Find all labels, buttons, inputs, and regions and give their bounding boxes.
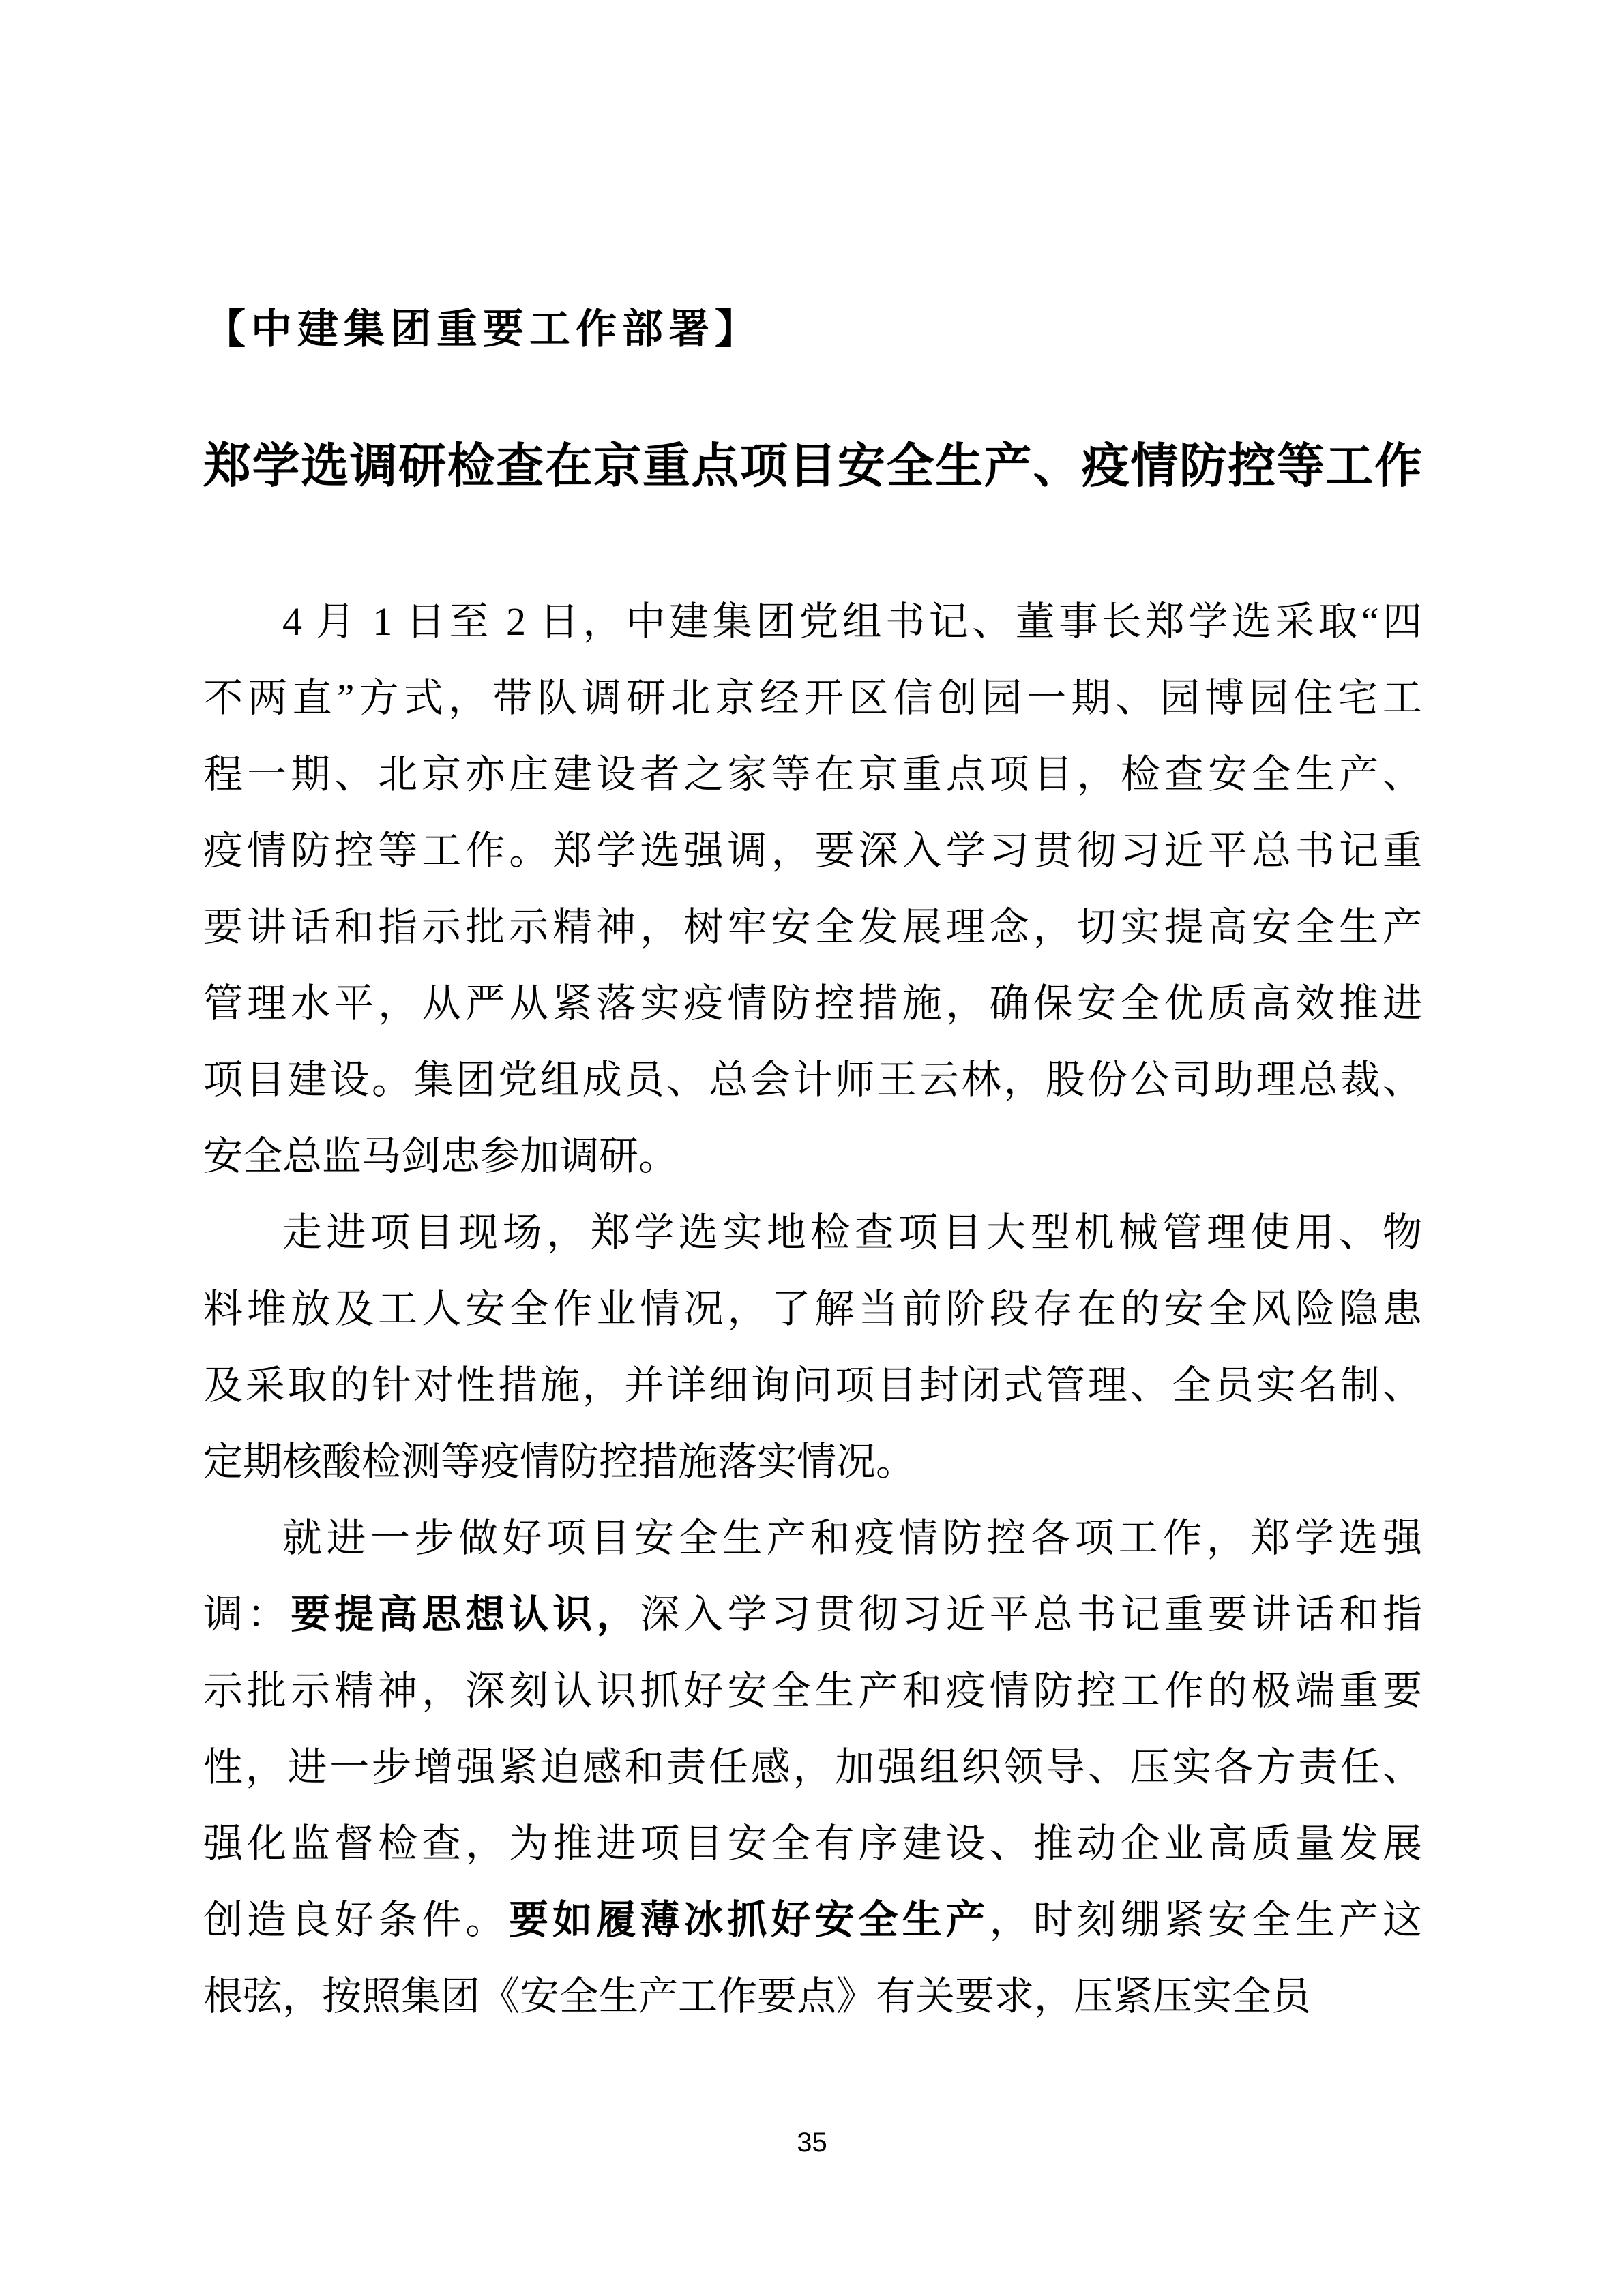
body-line: 及采取的针对性措施，并详细询问项目封闭式管理、全员实名制、	[203, 1347, 1422, 1424]
body-line: 管理水平，从严从紧落实疫情防控措施，确保安全优质高效推进	[203, 966, 1422, 1042]
body-line: 安全总监马剑忠参加调研。	[203, 1118, 1422, 1195]
body-line-segment: ，时刻绷紧安全生产这	[990, 1898, 1422, 1942]
section-header: 【中建集团重要工作部署】	[205, 307, 761, 352]
body-line-bold-segment: 要提高思想认识，	[291, 1592, 640, 1637]
body-line: 4 月 1 日至 2 日，中建集团党组书记、董事长郑学选采取“四	[203, 584, 1422, 660]
body-line: 走进项目现场，郑学选实地检查项目大型机械管理使用、物	[203, 1195, 1422, 1271]
body-line: 性，进一步增强紧迫感和责任感，加强组织领导、压实各方责任、	[203, 1729, 1422, 1806]
body-line: 根弦，按照集团《安全生产工作要点》有关要求，压紧压实全员	[203, 1958, 1422, 2035]
body-line: 不两直”方式，带队调研北京经开区信创园一期、园博园住宅工	[203, 660, 1422, 736]
page-number: 35	[0, 2126, 1624, 2159]
body-line: 疫情防控等工作。郑学选强调，要深入学习贯彻习近平总书记重	[203, 813, 1422, 889]
body-line: 要讲话和指示批示精神，树牢安全发展理念，切实提高安全生产	[203, 889, 1422, 966]
body-line: 料堆放及工人安全作业情况，了解当前阶段存在的安全风险隐患	[203, 1271, 1422, 1347]
body-line: 项目建设。集团党组成员、总会计师王云林，股份公司助理总裁、	[203, 1042, 1422, 1118]
article-body: 4 月 1 日至 2 日，中建集团党组书记、董事长郑学选采取“四 不两直”方式，…	[203, 584, 1422, 2035]
body-line: 定期核酸检测等疫情防控措施落实情况。	[203, 1424, 1422, 1500]
article-title: 郑学选调研检查在京重点项目安全生产、疫情防控等工作	[203, 441, 1422, 493]
body-line: 强化监督检查，为推进项目安全有序建设、推动企业高质量发展	[203, 1806, 1422, 1882]
body-line-bold-segment: 要如履薄冰抓好安全生产	[509, 1898, 989, 1942]
body-line: 就进一步做好项目安全生产和疫情防控各项工作，郑学选强	[203, 1500, 1422, 1577]
body-line-segment: 调：	[203, 1592, 291, 1637]
body-line-segment: 创造良好条件。	[203, 1898, 509, 1942]
body-line: 调：要提高思想认识，深入学习贯彻习近平总书记重要讲话和指	[203, 1577, 1422, 1653]
body-line-segment: 深入学习贯彻习近平总书记重要讲话和指	[640, 1592, 1422, 1637]
body-line: 示批示精神，深刻认识抓好安全生产和疫情防控工作的极端重要	[203, 1653, 1422, 1729]
body-line: 程一期、北京亦庄建设者之家等在京重点项目，检查安全生产、	[203, 736, 1422, 813]
document-page: 【中建集团重要工作部署】 郑学选调研检查在京重点项目安全生产、疫情防控等工作 4…	[0, 0, 1624, 2296]
body-line: 创造良好条件。要如履薄冰抓好安全生产，时刻绷紧安全生产这	[203, 1882, 1422, 1958]
